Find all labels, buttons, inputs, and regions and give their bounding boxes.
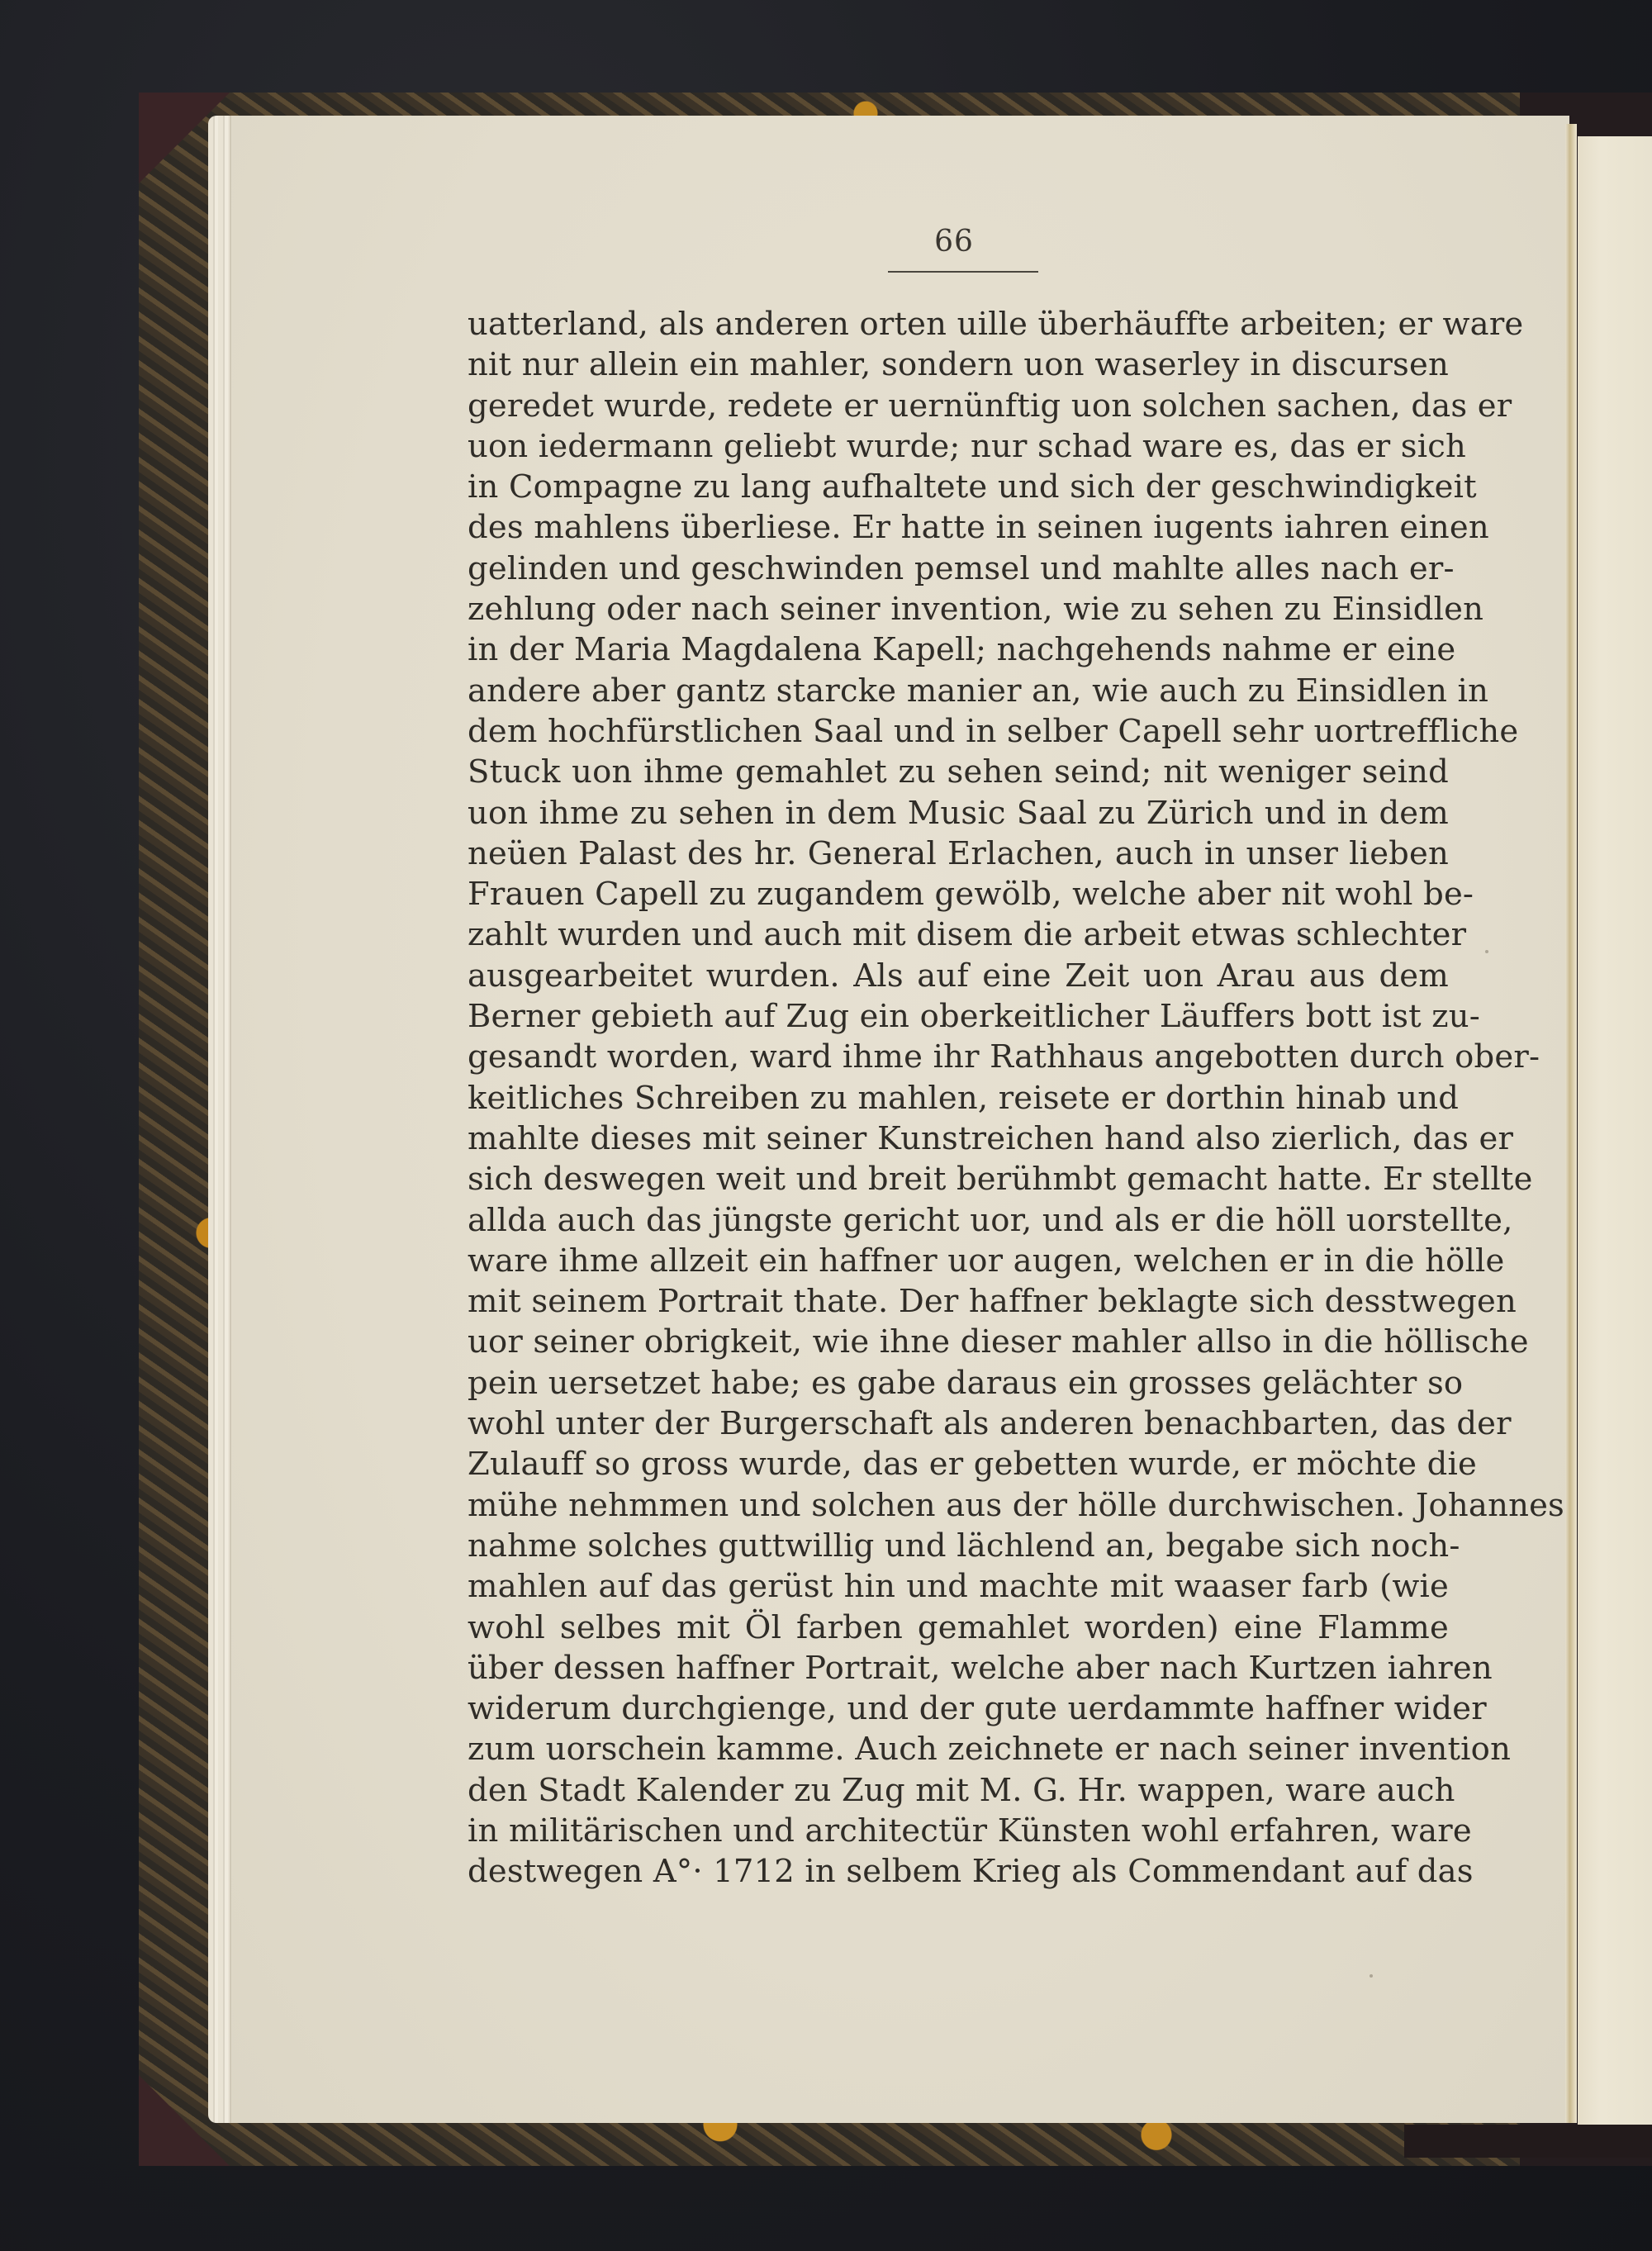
text-line: keitliches Schreiben zu mahlen, reisete … [468, 1078, 1449, 1118]
text-line: mühe nehmmen und solchen aus der hölle d… [468, 1485, 1449, 1526]
text-line: uon ihme zu sehen in dem Music Saal zu Z… [468, 793, 1449, 833]
text-line: neüen Palast des hr. General Erlachen, a… [468, 833, 1449, 874]
text-line: zahlt wurden und auch mit disem die arbe… [468, 914, 1449, 955]
text-line: des mahlens überliese. Er hatte in seine… [468, 507, 1449, 548]
text-line: widerum durchgienge, und der gute uerdam… [468, 1688, 1449, 1729]
text-line: pein uersetzet habe; es gabe daraus ein … [468, 1363, 1449, 1403]
text-line: zehlung oder nach seiner invention, wie … [468, 589, 1449, 629]
text-line: allda auch das jüngste gericht uor, und … [468, 1200, 1449, 1241]
text-line: ausgearbeitet wurden. Als auf eine Zeit … [468, 956, 1449, 996]
text-line: dem hochfürstlichen Saal und in selber C… [468, 711, 1449, 752]
text-line: mahlte dieses mit seiner Kunstreichen ha… [468, 1118, 1449, 1159]
text-line: nit nur allein ein mahler, sondern uon w… [468, 344, 1449, 385]
text-line: ware ihme allzeit ein haffner uor augen,… [468, 1241, 1449, 1281]
text-line: wohl unter der Burgerschaft als anderen … [468, 1403, 1449, 1444]
text-line: in militärischen und architectür Künsten… [468, 1811, 1449, 1851]
cover-bottom-edge [1404, 2125, 1652, 2158]
text-line: nahme solches guttwillig und lächlend an… [468, 1526, 1449, 1566]
text-line: uon iedermann geliebt wurde; nur schad w… [468, 426, 1449, 467]
page-number: 66 [888, 225, 1020, 259]
text-line: uatterland, als anderen orten uille über… [468, 304, 1449, 344]
header-rule [888, 271, 1038, 273]
text-line: über dessen haffner Portrait, welche abe… [468, 1648, 1449, 1688]
text-line: andere aber gantz starcke manier an, wie… [468, 671, 1449, 711]
text-line: Stuck uon ihme gemahlet zu sehen seind; … [468, 752, 1449, 792]
text-line: den Stadt Kalender zu Zug mit M. G. Hr. … [468, 1770, 1449, 1811]
text-line: mit seinem Portrait thate. Der haffner b… [468, 1281, 1449, 1322]
text-line: mahlen auf das gerüst hin und machte mit… [468, 1566, 1449, 1607]
text-line: gesandt worden, ward ihme ihr Rathhaus a… [468, 1037, 1449, 1077]
facing-page-edge [1578, 136, 1652, 2144]
body-text: uatterland, als anderen orten uille über… [468, 304, 1449, 1892]
text-line: Zulauff so gross wurde, das er gebetten … [468, 1444, 1449, 1484]
text-line: Berner gebieth auf Zug ein oberkeitliche… [468, 996, 1449, 1037]
text-line: geredet wurde, redete er uernünftig uon … [468, 386, 1449, 426]
text-line: zum uorschein kamme. Auch zeichnete er n… [468, 1729, 1449, 1769]
text-line: gelinden und geschwinden pemsel und mahl… [468, 549, 1449, 589]
text-line: sich deswegen weit und breit berühmbt ge… [468, 1159, 1449, 1199]
text-line: Frauen Capell zu zugandem gewölb, welche… [468, 874, 1449, 914]
text-line: in Compagne zu lang aufhaltete und sich … [468, 467, 1449, 507]
book-gutter [1565, 124, 1577, 2123]
text-line: in der Maria Magdalena Kapell; nachgehen… [468, 629, 1449, 670]
text-line: uor seiner obrigkeit, wie ihne dieser ma… [468, 1322, 1449, 1362]
text-line: wohl selbes mit Öl farben gemahlet worde… [468, 1608, 1449, 1648]
text-line: destwegen A°· 1712 in selbem Krieg als C… [468, 1851, 1449, 1892]
